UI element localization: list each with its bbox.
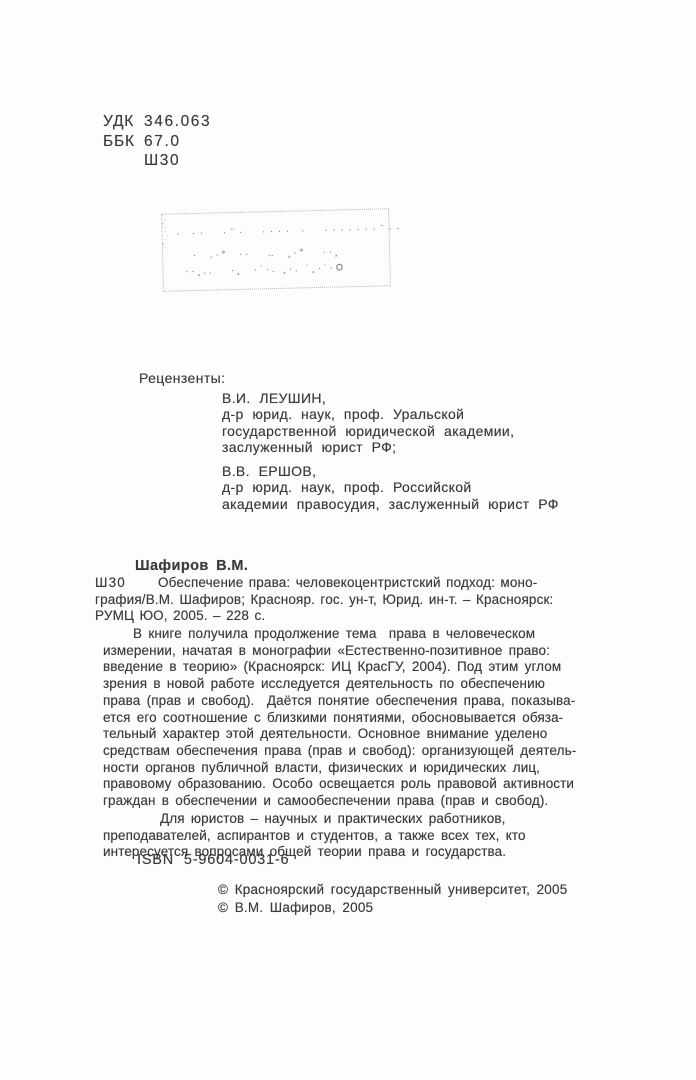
stamp-side-marks: ·¸··˙·¸· [161, 219, 168, 251]
annotation-paragraph: В книге получила продолжение тема права … [103, 626, 576, 810]
stamp-row: · .·° ·· ‥ ¸·° ··¸ [193, 246, 341, 261]
copyright-author: © В.М. Шафиров, 2005 [218, 899, 567, 917]
author-heading: Шафиров В.М. [135, 558, 248, 574]
reviewer-credentials: д-р юрид. наук, проф. Уральской государс… [222, 406, 514, 455]
reviewer-leushin: В.И. ЛЕУШИН, д-р юрид. наук, проф. Ураль… [222, 390, 514, 456]
isbn: ISBN 5-9604-0031-6 [137, 852, 289, 868]
author-sign: Ш30 [144, 152, 180, 169]
reviewers-heading: Рецензенты: [139, 370, 225, 386]
library-stamp: ·¸··˙·¸· · ·· ·¨· ···· · ·······¨·· · .·… [161, 208, 391, 292]
reviewer-ershov: В.В. ЕРШОВ, д-р юрид. наук, проф. Россий… [222, 463, 559, 512]
stamp-row: ··¸.. ·¸ ·˙·. ¸·. ˙¸·˙·O [185, 262, 346, 276]
copyright-block: © Красноярский государственный университ… [218, 881, 567, 916]
copyright-university: © Красноярский государственный университ… [218, 881, 567, 899]
catalog-record: Обеспечение права: человекоцентристский … [95, 575, 553, 625]
reviewer-name: В.И. ЛЕУШИН, [222, 390, 514, 406]
catalog-code: Ш30 [95, 575, 126, 592]
udc-value: 346.063 [144, 113, 211, 130]
bbk-row: ББК67.0 [103, 132, 211, 152]
author-sign-row: Ш30 [103, 151, 211, 171]
catalog-entry: Ш30 Обеспечение права: человекоцентристс… [95, 575, 553, 625]
bbk-label: ББК [103, 132, 144, 152]
udc-label: УДК [103, 112, 144, 132]
classification-codes: УДК346.063 ББК67.0 Ш30 [103, 112, 211, 171]
udc-row: УДК346.063 [103, 112, 211, 132]
reviewer-name: В.В. ЕРШОВ, [222, 463, 559, 479]
stamp-row: · ·· ·¨· ···· · ·······¨·· [176, 223, 404, 239]
book-imprint-page: УДК346.063 ББК67.0 Ш30 ·¸··˙·¸· · ·· ·¨·… [0, 0, 696, 1080]
reviewer-credentials: д-р юрид. наук, проф. Российской академи… [222, 479, 559, 512]
bbk-value: 67.0 [144, 133, 181, 150]
